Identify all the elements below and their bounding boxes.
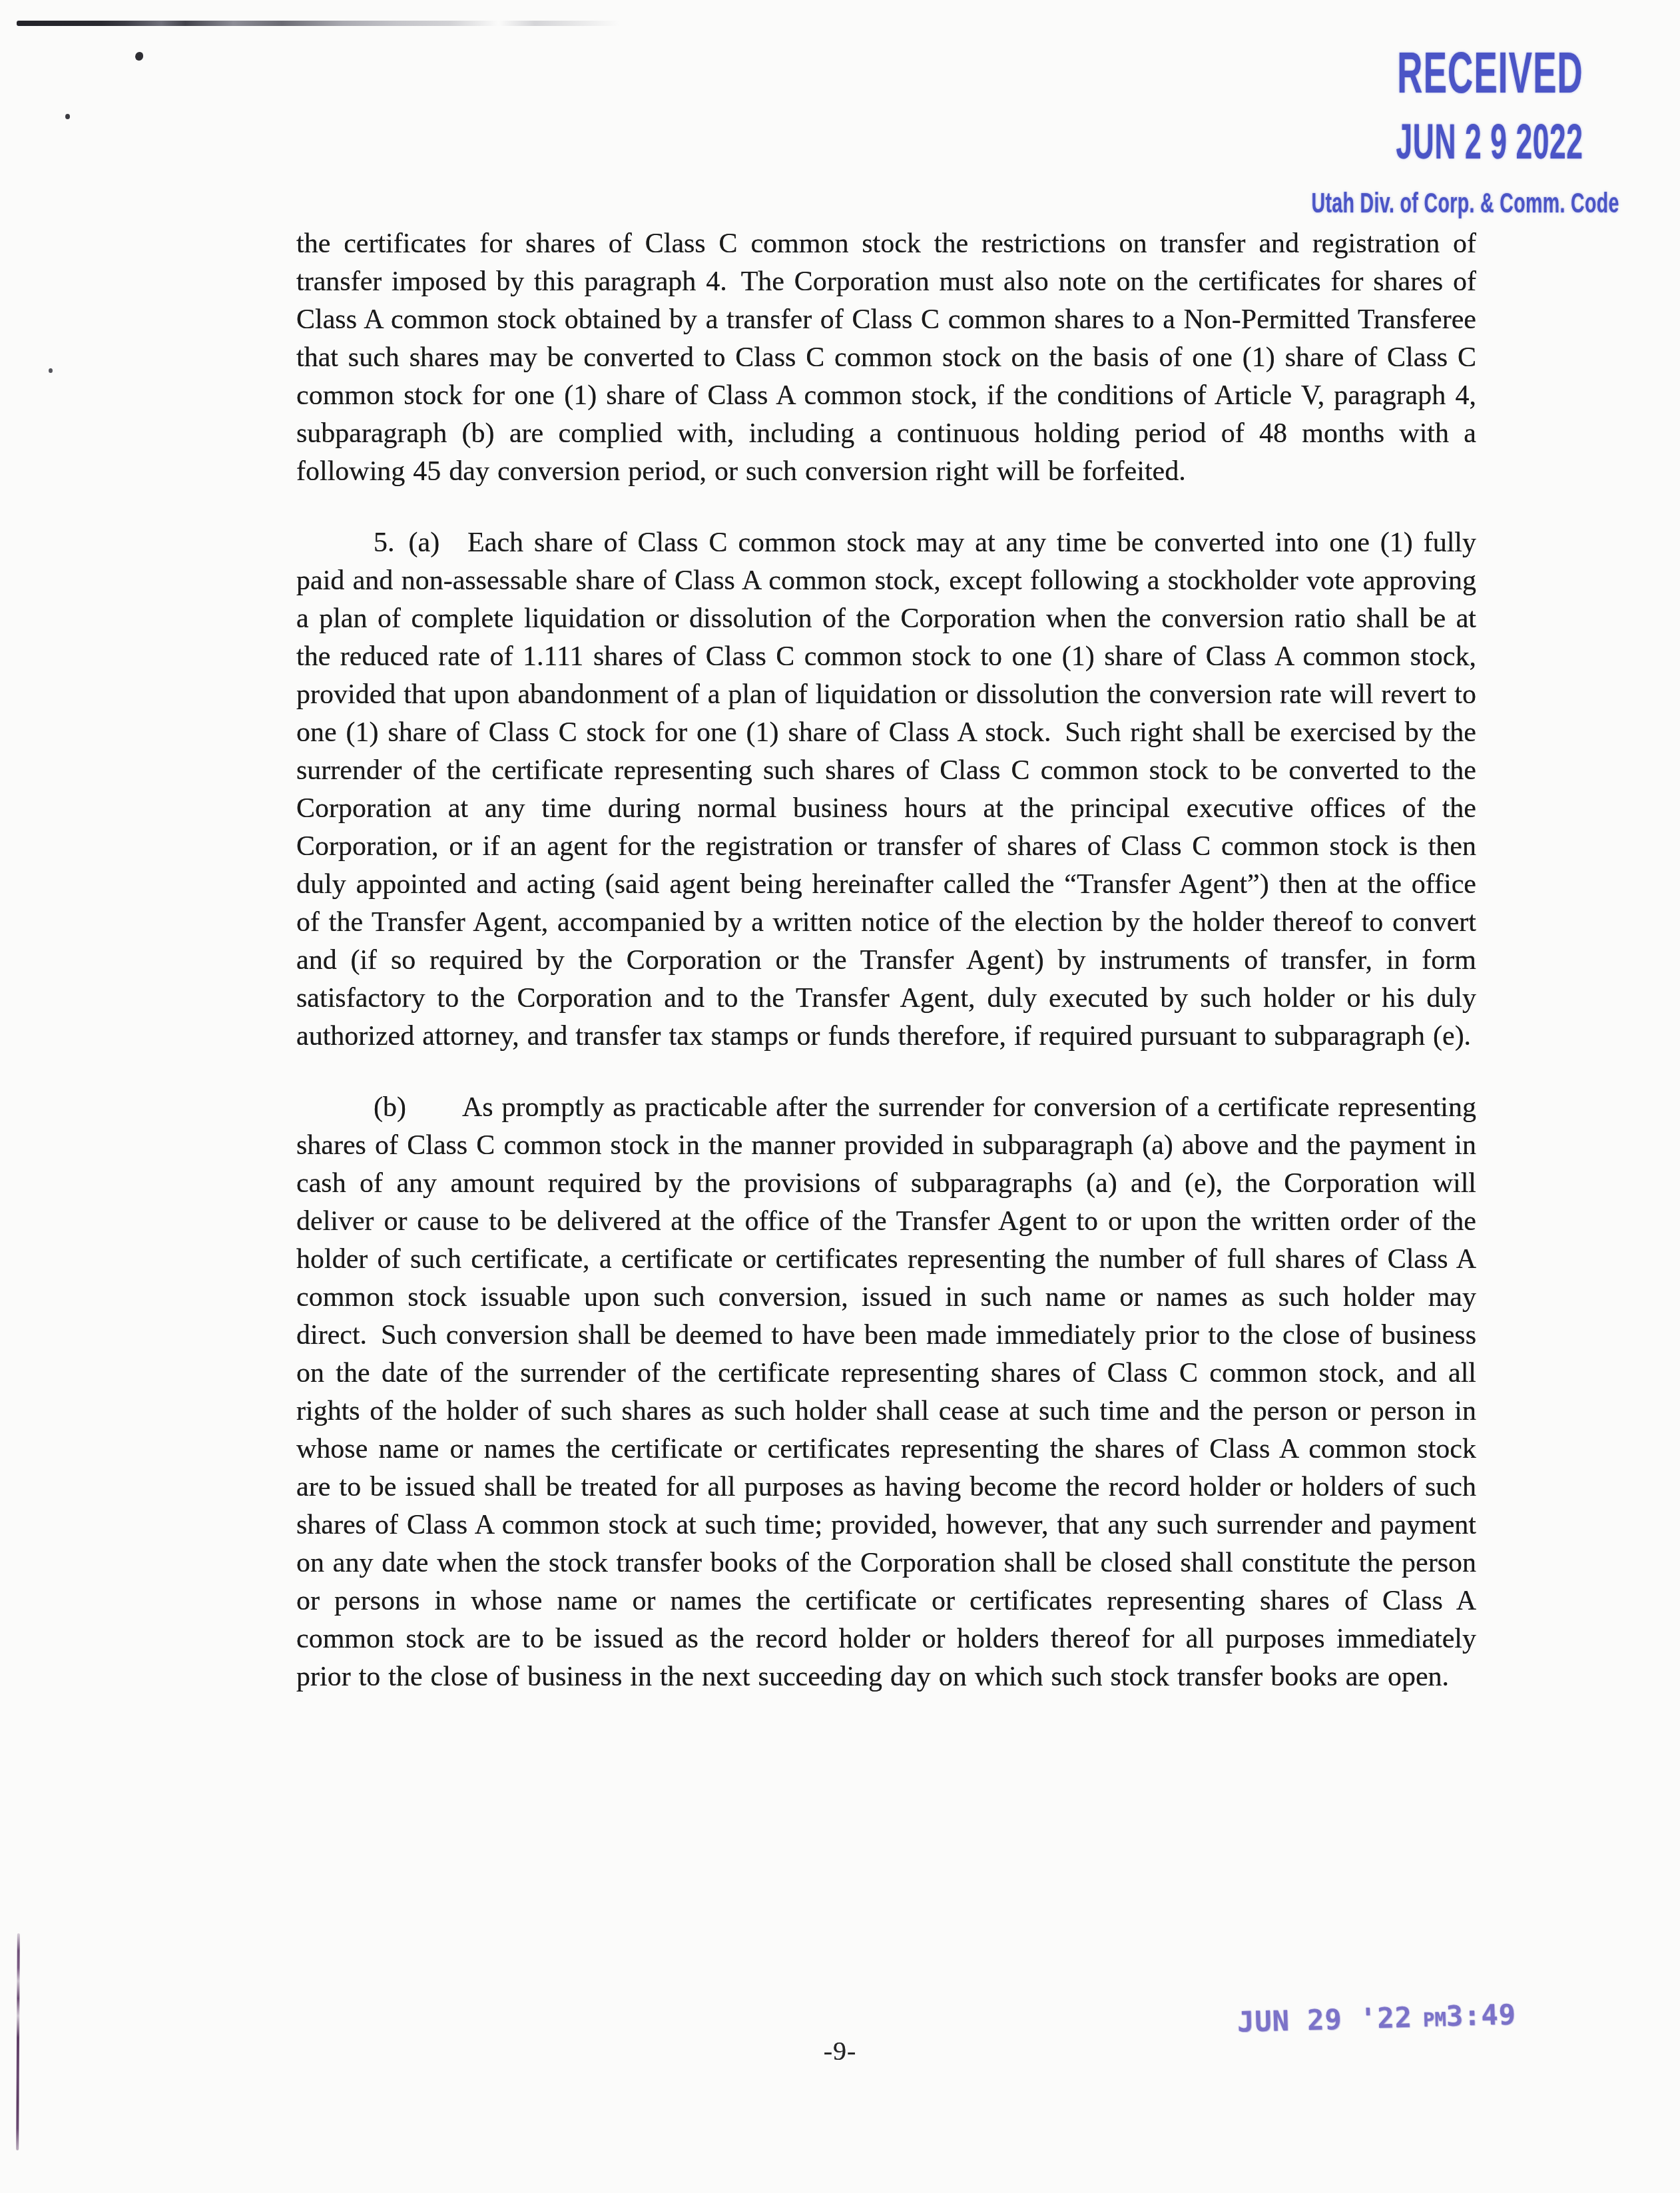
scanned-document-page: RECEIVED JUN 2 9 2022 Utah Div. of Corp.… xyxy=(0,0,1680,2193)
scan-artifact-speck xyxy=(65,114,70,119)
received-agency-stamp: Utah Div. of Corp. & Comm. Code xyxy=(1312,187,1619,219)
scan-artifact-top-line xyxy=(17,21,619,26)
time-stamp-meridiem: PM xyxy=(1422,2008,1446,2031)
time-stamp-date: JUN 29 '22 xyxy=(1237,2001,1412,2038)
page-number: -9- xyxy=(0,2035,1680,2066)
body-paragraph-continuation: the certificates for shares of Class C c… xyxy=(296,225,1476,491)
time-received-stamp: JUN 29 '22PM3:49 xyxy=(1237,1998,1516,2038)
body-paragraph-5a: 5. (a) Each share of Class C common stoc… xyxy=(296,524,1476,1056)
time-stamp-clock: 3:49 xyxy=(1446,1998,1516,2033)
body-paragraph-5b: (b) As promptly as practicable after the… xyxy=(296,1089,1476,1696)
document-body: the certificates for shares of Class C c… xyxy=(296,225,1476,1696)
scan-artifact-speck xyxy=(135,52,143,61)
received-stamp: RECEIVED xyxy=(1397,39,1583,107)
received-date-stamp: JUN 2 9 2022 xyxy=(1396,113,1583,170)
scan-artifact-speck xyxy=(49,368,53,373)
